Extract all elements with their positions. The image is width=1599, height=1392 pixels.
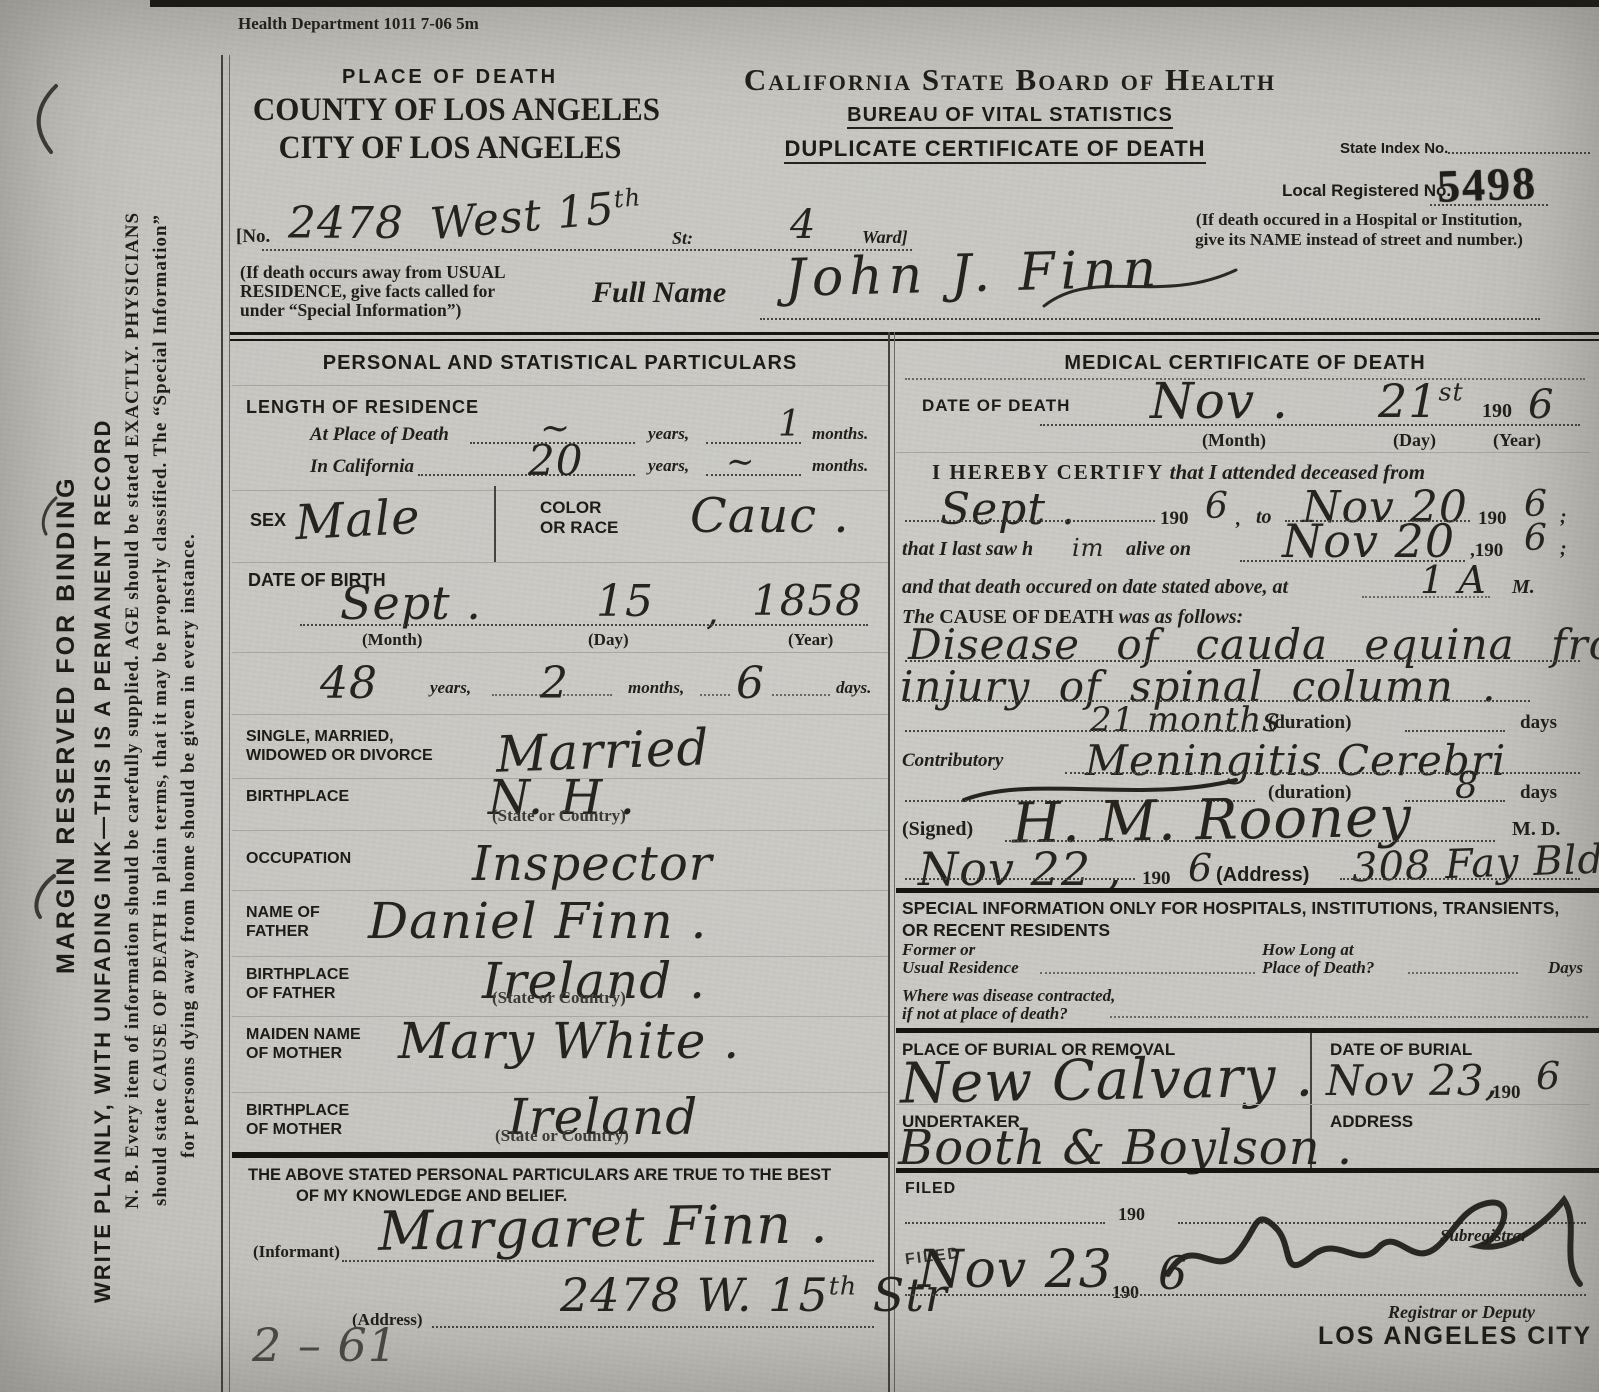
death-day-value: 21st xyxy=(1378,374,1464,428)
blank xyxy=(1405,800,1505,802)
disease-contracted-label: Where was disease contracted, xyxy=(902,986,1115,1006)
rule xyxy=(232,890,888,891)
section-divider xyxy=(896,1028,1599,1033)
death-year-value: 6 xyxy=(1528,382,1554,428)
attestation-text: THE ABOVE STATED PERSONAL PARTICULARS AR… xyxy=(248,1166,831,1185)
attended-from-month-value: Sept . xyxy=(940,484,1076,535)
year-prefix: 190 xyxy=(1112,1282,1139,1303)
mother-birthplace-label: BIRTHPLACE xyxy=(246,1102,349,1120)
blank xyxy=(905,1222,1105,1224)
years-label: years, xyxy=(648,424,689,444)
blank xyxy=(1405,730,1505,732)
informant-signature: Margaret Finn . xyxy=(377,1192,828,1263)
year-hint: (Year) xyxy=(788,630,833,650)
cell-divider-line xyxy=(494,486,496,562)
days-label: Days xyxy=(1548,958,1583,978)
color-or-race-label: COLOR xyxy=(540,498,601,518)
blank xyxy=(772,694,830,696)
physician-address-label: (Address) xyxy=(1216,864,1309,887)
month-hint: (Month) xyxy=(1202,430,1266,451)
year-prefix: 190 xyxy=(1492,1082,1521,1104)
age-months-value: 2 xyxy=(540,658,569,709)
father-name-label: FATHER xyxy=(246,923,309,941)
blank xyxy=(1040,972,1255,974)
birth-day-value: 15 xyxy=(596,576,654,627)
duration-value: 21 months xyxy=(1090,700,1281,740)
margin-note-binding: MARGIN RESERVED FOR BINDING xyxy=(52,385,86,1065)
state-or-country-hint: (State or Country) xyxy=(495,1126,629,1146)
mother-maiden-name-label: MAIDEN NAME xyxy=(246,1026,361,1044)
blank xyxy=(1110,1016,1588,1018)
house-number-value: 2478 xyxy=(288,198,404,249)
blank xyxy=(700,694,730,696)
rule xyxy=(896,1104,1590,1105)
pencil-paren-mark xyxy=(24,82,68,156)
blank xyxy=(432,1326,874,1328)
day-hint: (Day) xyxy=(1393,430,1436,451)
how-long-label: How Long at xyxy=(1262,940,1354,960)
days-label: days xyxy=(1520,712,1557,734)
blank xyxy=(418,474,635,476)
rule xyxy=(896,452,1590,453)
special-info-title: SPECIAL INFORMATION ONLY FOR HOSPITALS, … xyxy=(902,898,1559,919)
days-label: days xyxy=(1520,782,1557,804)
attended-from-year-value: 6 xyxy=(1205,486,1229,527)
filed-date-value: Nov 23 xyxy=(918,1240,1113,1300)
race-value: Cauc . xyxy=(690,488,850,544)
duration-label: (duration) xyxy=(1268,712,1351,734)
section-divider xyxy=(232,1152,888,1158)
mother-maiden-name-value: Mary White . xyxy=(398,1012,740,1070)
former-residence-label: Former or xyxy=(902,940,975,960)
ward-number-value: 4 xyxy=(790,202,816,248)
blank xyxy=(905,1294,1586,1296)
year-prefix: 190 xyxy=(1160,508,1189,530)
date-of-death-label: DATE OF DEATH xyxy=(922,396,1070,416)
former-residence-label: Usual Residence xyxy=(902,958,1019,978)
city-title: CITY OF LOS ANGELES xyxy=(252,130,648,167)
marital-status-label: WIDOWED OR DIVORCE xyxy=(246,747,433,765)
birthplace-label: BIRTHPLACE xyxy=(246,788,349,806)
local-registered-label: Local Registered No. xyxy=(1282,181,1451,201)
street-value: West 15th xyxy=(428,181,644,250)
rule xyxy=(232,652,888,653)
alive-on-label: alive on xyxy=(1126,538,1191,561)
state-index-blank xyxy=(1448,152,1590,154)
to-label: to xyxy=(1256,506,1272,529)
father-birthplace-label: BIRTHPLACE xyxy=(246,966,349,984)
full-name-blank-line xyxy=(760,318,1540,320)
registrar-signature xyxy=(1162,1186,1594,1296)
comma: , xyxy=(706,588,720,634)
blank xyxy=(1340,878,1580,880)
filed-label: FILED xyxy=(905,1180,956,1198)
rule xyxy=(232,562,888,563)
meridiem-label: M. xyxy=(1512,576,1535,599)
burial-year-value: 6 xyxy=(1536,1054,1561,1098)
margin-note-permanent-record: WRITE PLAINLY, WITH UNFADING INK—THIS IS… xyxy=(90,330,120,1392)
residence-note-line3: under “Special Information”) xyxy=(240,300,461,321)
subregistrar-label: Subregistrar xyxy=(1440,1226,1528,1246)
margin-divider-line xyxy=(229,55,230,1392)
section-divider xyxy=(230,339,1599,341)
state-or-country-hint: (State or Country) xyxy=(492,806,626,826)
semicolon: ; xyxy=(1560,506,1567,529)
disease-contracted-label: if not at place of death? xyxy=(902,1004,1068,1024)
in-california-label: In California xyxy=(310,456,414,478)
year-prefix: 190 xyxy=(1118,1204,1145,1225)
death-time-label: and that death occured on date stated ab… xyxy=(902,576,1288,599)
residence-note-line2: RESIDENCE, give facts called for xyxy=(240,281,495,302)
pencil-note: 2 – 61 xyxy=(252,1318,398,1372)
hospital-note-line2: give its NAME instead of street and numb… xyxy=(1120,230,1598,250)
margin-note-nb-line1: N. B. Every item of information should b… xyxy=(122,28,150,1392)
marital-status-label: SINGLE, MARRIED, xyxy=(246,728,394,746)
birth-year-value: 1858 xyxy=(752,576,863,625)
mother-maiden-name-label: OF MOTHER xyxy=(246,1045,342,1063)
column-divider-line xyxy=(894,332,895,1392)
day-hint: (Day) xyxy=(588,630,629,650)
informant-label: (Informant) xyxy=(253,1242,340,1262)
full-name-label: Full Name xyxy=(592,276,726,310)
margin-note-nb-line2: should state CAUSE OF DEATH in plain ter… xyxy=(150,28,178,1392)
color-or-race-label: OR RACE xyxy=(540,518,618,538)
age-years-label: years, xyxy=(430,678,471,698)
informant-address-value: 2478 W. 15th Str xyxy=(560,1268,948,1322)
occupation-value: Inspector xyxy=(472,836,713,892)
residence-california-months-value: ∼ xyxy=(726,442,756,482)
age-days-value: 6 xyxy=(736,658,765,709)
column-divider-line xyxy=(888,332,890,1392)
section-divider xyxy=(230,332,1599,335)
semicolon: ; xyxy=(1560,538,1567,561)
last-saw-year-value: 6 xyxy=(1524,518,1548,559)
state-or-country-hint: (State or Country) xyxy=(492,988,626,1008)
birth-month-value: Sept . xyxy=(340,576,482,630)
registrar-city-label: LOS ANGELES CITY xyxy=(1318,1322,1592,1351)
hospital-note-line1: (If death occured in a Hospital or Insti… xyxy=(1120,210,1598,230)
physician-address-value: 308 Fay Bldg . xyxy=(1351,835,1599,892)
personal-section-title: PERSONAL AND STATISTICAL PARTICULARS xyxy=(240,352,880,375)
blank xyxy=(1408,972,1518,974)
margin-divider-line xyxy=(221,55,223,1392)
place-of-burial-value: New Calvary . xyxy=(899,1044,1314,1116)
rule xyxy=(232,714,888,715)
local-registered-blank xyxy=(1430,204,1548,206)
death-month-value: Nov . xyxy=(1150,372,1289,430)
full-name-value: John J. Finn xyxy=(784,239,1163,309)
blank xyxy=(1362,596,1490,598)
blank xyxy=(300,624,868,626)
last-saw-label: that I last saw h xyxy=(902,538,1033,561)
place-of-death-label: PLACE OF DEATH xyxy=(300,66,600,89)
blank xyxy=(1040,424,1580,426)
length-of-residence-label: LENGTH OF RESIDENCE xyxy=(246,397,479,418)
year-prefix: 190 xyxy=(1478,508,1507,530)
address-no-label: [No. xyxy=(236,226,270,248)
bureau-title: BUREAU OF VITAL STATISTICS xyxy=(670,104,1350,127)
sex-value: Male xyxy=(294,489,422,551)
signed-label: (Signed) xyxy=(902,818,973,841)
county-title: COUNTY OF LOS ANGELES xyxy=(253,92,657,129)
residence-place-months-value: 1 xyxy=(778,404,802,445)
age-years-value: 48 xyxy=(320,658,378,709)
residence-california-years-value: 20 xyxy=(528,436,583,485)
section-divider xyxy=(896,888,1599,893)
scan-top-edge xyxy=(150,0,1599,7)
board-title: California State Board of Health xyxy=(670,62,1350,98)
occupation-label: OCCUPATION xyxy=(246,850,351,868)
age-months-label: months, xyxy=(628,678,684,698)
ward-label: Ward] xyxy=(862,227,908,248)
father-name-label: NAME OF xyxy=(246,904,320,922)
months-label: months. xyxy=(812,456,868,476)
year-hint: (Year) xyxy=(1493,430,1541,451)
year-prefix: 190 xyxy=(1142,868,1171,890)
sex-label: SEX xyxy=(250,510,286,531)
margin-note-nb-line3: for persons dying away from home should … xyxy=(178,300,204,1392)
registrar-or-deputy-label: Registrar or Deputy xyxy=(1388,1302,1535,1323)
section-divider xyxy=(896,1168,1599,1173)
undertaker-address-label: ADDRESS xyxy=(1330,1112,1413,1132)
month-hint: (Month) xyxy=(362,630,422,650)
special-info-title: OR RECENT RESIDENTS xyxy=(902,920,1110,941)
how-long-label: Place of Death? xyxy=(1262,958,1374,978)
certificate-title: DUPLICATE CERTIFICATE OF DEATH xyxy=(655,136,1335,162)
street-label: St: xyxy=(672,228,693,249)
death-certificate-scan: { "margin": { "binding": "MARGIN RESERVE… xyxy=(0,0,1599,1392)
blank xyxy=(905,520,1155,522)
father-name-value: Daniel Finn . xyxy=(368,892,707,950)
date-of-burial-value: Nov 23, xyxy=(1326,1056,1499,1105)
him-insert-value: im xyxy=(1072,534,1104,562)
age-days-label: days. xyxy=(836,678,871,698)
father-birthplace-label: OF FATHER xyxy=(246,985,335,1003)
filed-year-value: 6 xyxy=(1158,1246,1188,1300)
year-prefix: 190 xyxy=(1482,400,1512,423)
residence-note-line1: (If death occurs away from USUAL xyxy=(240,262,506,283)
months-label: months. xyxy=(812,424,868,444)
blank xyxy=(905,730,1255,732)
years-label: years, xyxy=(648,456,689,476)
at-place-of-death-label: At Place of Death xyxy=(310,424,449,446)
rule xyxy=(232,830,888,831)
rule xyxy=(232,385,888,386)
blank xyxy=(905,878,1135,880)
comma: , xyxy=(1236,508,1241,531)
contributory-label: Contributory xyxy=(902,750,1003,772)
mother-birthplace-label: OF MOTHER xyxy=(246,1121,342,1139)
form-number: Health Department 1011 7-06 5m xyxy=(238,14,479,34)
state-index-label: State Index No. xyxy=(1340,140,1448,157)
blank xyxy=(342,1260,874,1262)
sign-year-value: 6 xyxy=(1188,846,1213,890)
